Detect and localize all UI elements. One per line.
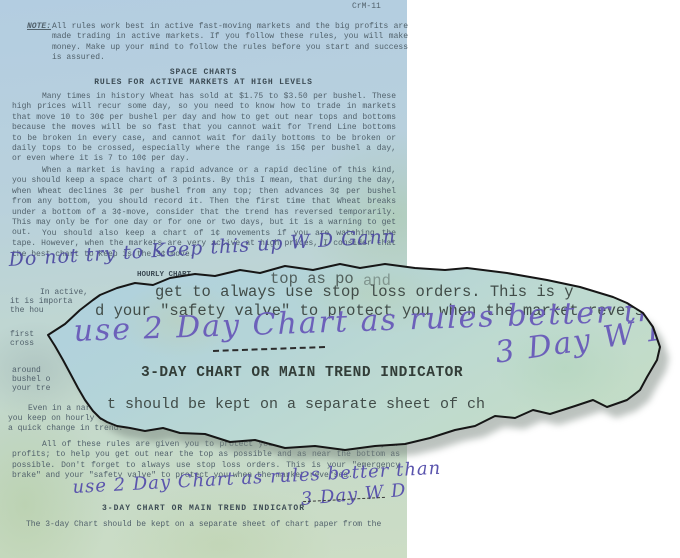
note-text: All rules work best in active fast-movin… bbox=[52, 22, 408, 64]
doc-ref: CrM-11 bbox=[352, 2, 381, 12]
fragment-handwritten-underline bbox=[213, 346, 325, 352]
fragment-heading-three-day: 3-DAY CHART OR MAIN TREND INDICATOR bbox=[141, 365, 463, 382]
heading-three-day-chart: 3-DAY CHART OR MAIN TREND INDICATOR bbox=[0, 504, 407, 514]
note-label: NOTE: bbox=[27, 22, 51, 32]
scanned-document-view: CrM-11 NOTE: All rules work best in acti… bbox=[0, 0, 680, 558]
partial-line: cross bbox=[10, 339, 34, 349]
paragraph-5: The 3-day Chart should be kept on a sepa… bbox=[26, 520, 381, 530]
heading-rules-active-markets: RULES FOR ACTIVE MARKETS AT HIGH LEVELS bbox=[0, 78, 407, 88]
partial-line: the hou bbox=[10, 306, 44, 316]
fragment-typed-line4: t should be kept on a separate sheet of … bbox=[107, 396, 485, 413]
paragraph-1: Many times in history Wheat has sold at … bbox=[12, 92, 396, 165]
heading-space-charts: SPACE CHARTS bbox=[0, 68, 407, 78]
